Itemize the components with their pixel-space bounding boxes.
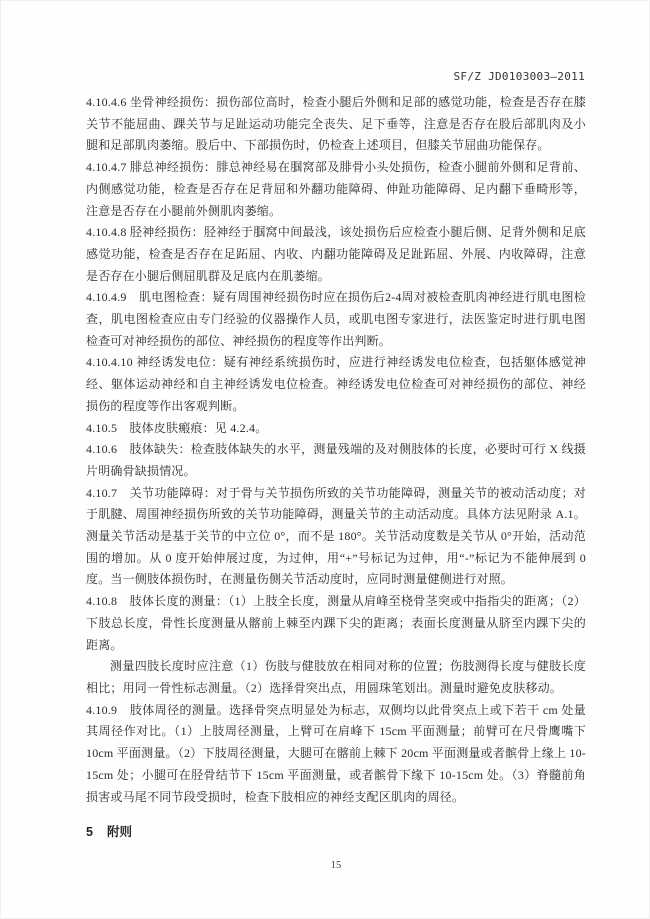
paragraph-4-10-7: 4.10.7 关节功能障碍：对于骨与关节损伤所致的关节功能障碍，测量关节的被动活… [86, 483, 586, 592]
paragraph-length-measure-notes: 测量四肢长度时应注意（1）伤肢与健肢放在相同对称的位置；伤肢测得长度与健肢长度相… [86, 656, 586, 699]
paragraph-4-10-4-8: 4.10.4.8 胫神经损伤：胫神经于腘窝中间最浅，该处损伤后应检查小腿后侧、足… [86, 222, 586, 287]
paragraph-4-10-9: 4.10.9 肢体周径的测量。选择骨突点明显处为标志，双侧均以此骨突点上或下若干… [86, 700, 586, 809]
paragraph-4-10-6: 4.10.6 肢体缺失：检查肢体缺失的水平，测量残端的及对侧肢体的长度，必要时可… [86, 439, 586, 482]
paragraph-4-10-4-10: 4.10.4.10 神经诱发电位：疑有神经系统损伤时，应进行神经诱发电位检查，包… [86, 352, 586, 417]
section-number: 5 [86, 825, 93, 839]
paragraph-4-10-8: 4.10.8 肢体长度的测量：（1）上肢全长度，测量从肩峰至桡骨茎突或中指指尖的… [86, 591, 586, 656]
document-page: SF/Z JD0103003—2011 4.10.4.6 坐骨神经损伤：损伤部位… [0, 0, 650, 919]
paragraph-4-10-4-6: 4.10.4.6 坐骨神经损伤：损伤部位高时，检查小腿后外侧和足部的感觉功能，检… [86, 92, 586, 157]
paragraph-4-10-4-7: 4.10.4.7 腓总神经损伤：腓总神经易在腘窝部及腓骨小头处损伤，检查小腿前外… [86, 157, 586, 222]
paragraph-4-10-4-9: 4.10.4.9 肌电图检查：疑有周围神经损伤时应在损伤后2-4周对被检查肌肉神… [86, 287, 586, 352]
section-title: 附则 [107, 825, 132, 839]
document-body: 4.10.4.6 坐骨神经损伤：损伤部位高时，检查小腿后外侧和足部的感觉功能，检… [86, 92, 586, 842]
section-heading-supplementary: 5附则 [86, 822, 586, 842]
paragraph-4-10-5: 4.10.5 肢体皮肤瘢痕：见 4.2.4。 [86, 418, 586, 440]
page-number: 15 [86, 860, 586, 871]
standard-code-header: SF/Z JD0103003—2011 [453, 70, 585, 83]
